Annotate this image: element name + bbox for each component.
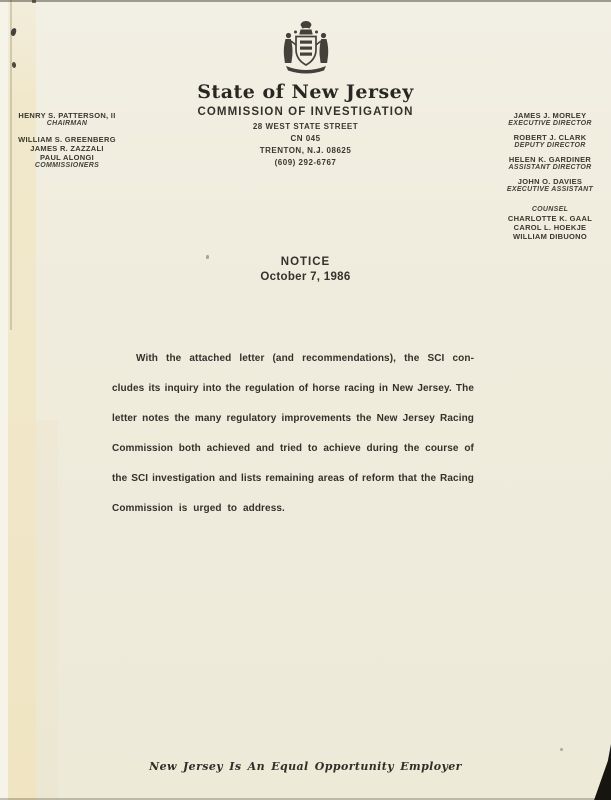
counsel-name: CHARLOTTE K. GAAL	[494, 214, 606, 223]
notice-heading: NOTICE	[0, 255, 611, 269]
footer-motto: New Jersey Is An Equal Opportunity Emplo…	[0, 760, 611, 773]
scanned-letter-page: State of New Jersey COMMISSION OF INVEST…	[0, 0, 611, 800]
official-title: EXECUTIVE DIRECTOR	[494, 120, 606, 129]
official-name: JAMES J. MORLEY	[494, 111, 606, 120]
scan-artifact-top-edge	[0, 0, 611, 2]
counsel-name: WILLIAM DIBUONO	[494, 232, 606, 241]
official-name: HELEN K. GARDINER	[494, 155, 606, 164]
scan-artifact-speck	[560, 748, 563, 751]
commissioners-title: COMMISSIONERS	[12, 162, 122, 171]
notice-block: NOTICE October 7, 1986	[0, 255, 611, 284]
official-title: DEPUTY DIRECTOR	[494, 142, 606, 151]
body-line: Commission is urged to address.	[112, 502, 474, 532]
officials-left-column: HENRY S. PATTERSON, II CHAIRMAN WILLIAM …	[12, 111, 122, 170]
counsel-title: COUNSEL	[494, 206, 606, 215]
chairman-title: CHAIRMAN	[12, 120, 122, 129]
official-title: ASSISTANT DIRECTOR	[494, 164, 606, 173]
body-paragraph: With the attached letter (and recommenda…	[112, 352, 474, 532]
counsel-name: CAROL L. HOEKJE	[494, 223, 606, 232]
body-line: the SCI investigation and lists remainin…	[112, 472, 474, 502]
notice-date: October 7, 1986	[0, 270, 611, 284]
body-line: Commission both achieved and tried to ac…	[112, 442, 474, 472]
commissioner-name: PAUL ALONGI	[12, 153, 122, 162]
officials-right-column: JAMES J. MORLEY EXECUTIVE DIRECTOR ROBER…	[494, 111, 606, 241]
official-title: EXECUTIVE ASSISTANT	[494, 186, 606, 195]
nj-coat-of-arms-icon	[278, 19, 334, 76]
scan-artifact-tone-band	[36, 420, 58, 800]
commissioner-name: JAMES R. ZAZZALI	[12, 144, 122, 153]
state-name: State of New Jersey	[0, 81, 611, 103]
chairman-name: HENRY S. PATTERSON, II	[12, 111, 122, 120]
body-line: cludes its inquiry into the regulation o…	[112, 382, 474, 412]
official-name: ROBERT J. CLARK	[494, 133, 606, 142]
official-name: JOHN O. DAVIES	[494, 177, 606, 186]
body-line: With the attached letter (and recommenda…	[112, 352, 474, 382]
scan-artifact-nick	[32, 0, 36, 3]
commissioner-name: WILLIAM S. GREENBERG	[12, 135, 122, 144]
body-line: letter notes the many regulatory improve…	[112, 412, 474, 442]
